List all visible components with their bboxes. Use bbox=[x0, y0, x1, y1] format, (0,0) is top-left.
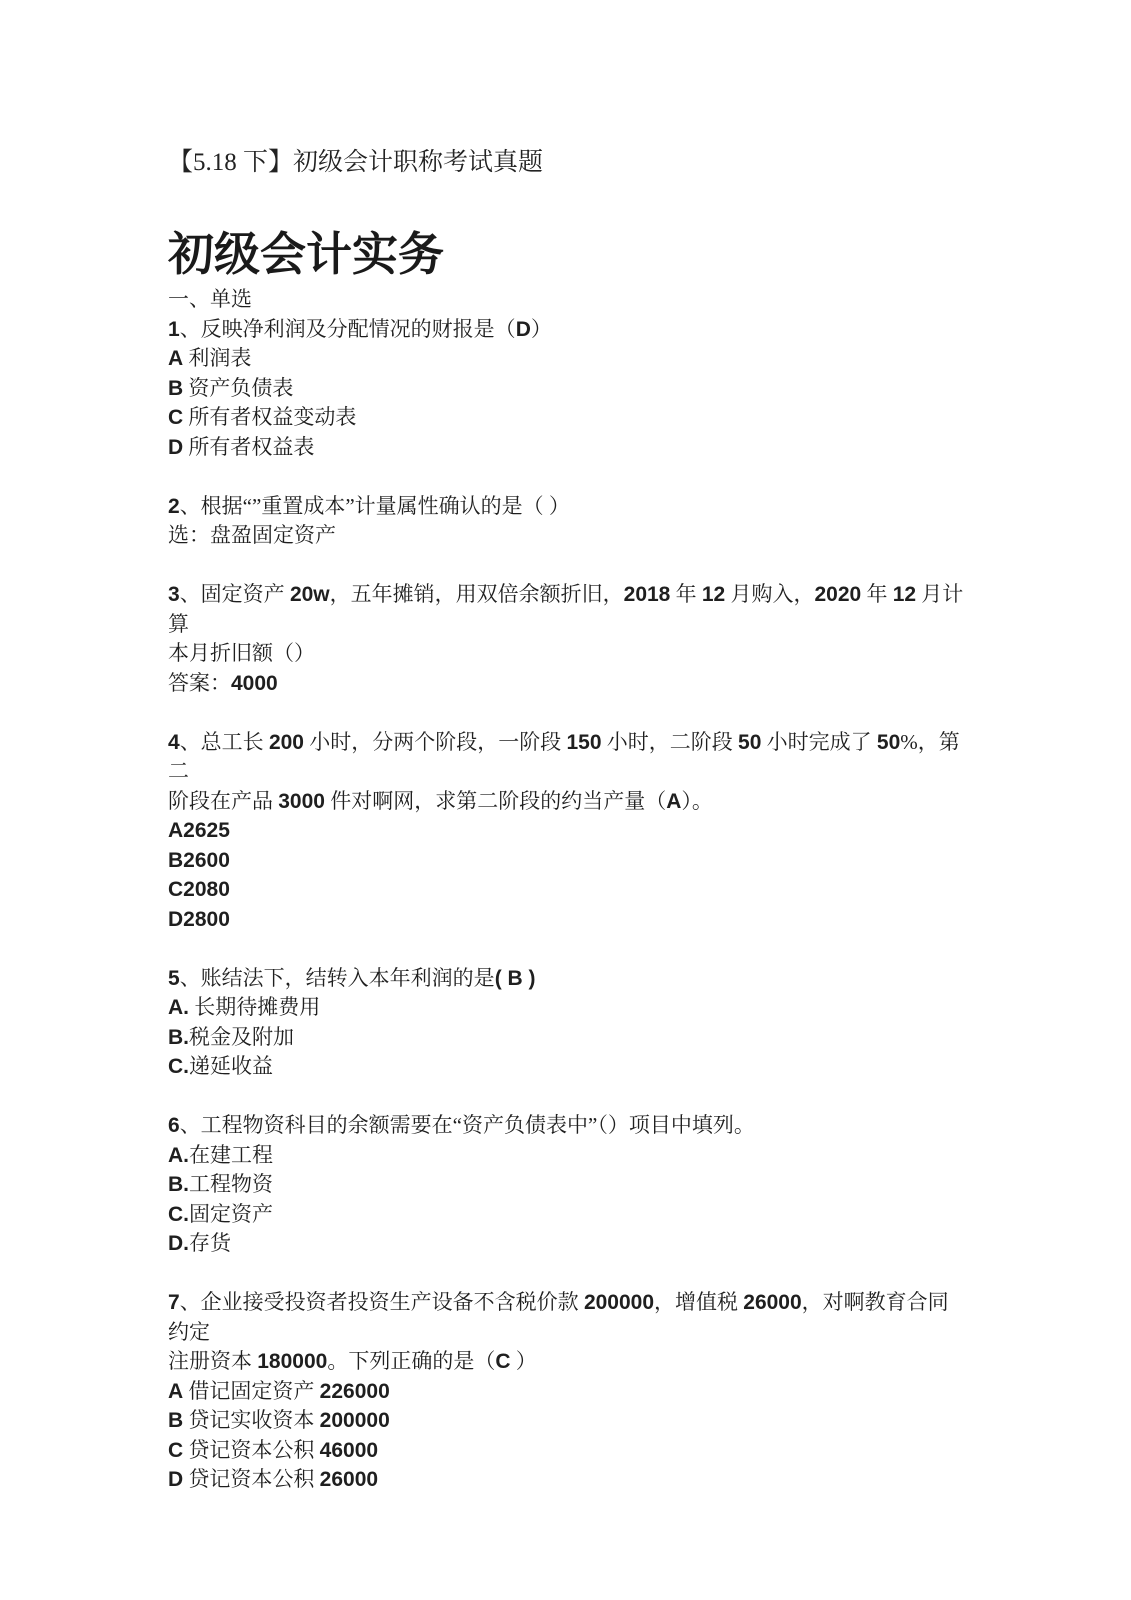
bold-text-segment: D bbox=[168, 436, 183, 459]
bold-text-segment: C bbox=[168, 406, 183, 429]
question-3: 3、固定资产 20w，五年摊销，用双倍余额折旧，2018 年 12 月购入，20… bbox=[168, 580, 968, 698]
question-6-option-c: C.固定资产 bbox=[168, 1200, 968, 1230]
bold-text-segment: D2800 bbox=[168, 908, 230, 931]
text-segment: 工程物资 bbox=[189, 1172, 273, 1196]
bold-text-segment: 12 bbox=[702, 583, 725, 606]
text-segment: 阶段在产品 bbox=[168, 789, 278, 813]
text-segment: 小时完成了 bbox=[761, 730, 877, 754]
bold-text-segment: 4 bbox=[168, 731, 180, 754]
text-segment: ） bbox=[531, 317, 552, 341]
bold-text-segment: 20w bbox=[290, 583, 330, 606]
question-7-option-d: D 贷记资本公积 26000 bbox=[168, 1465, 968, 1495]
question-7-option-a: A 借记固定资产 226000 bbox=[168, 1377, 968, 1407]
text-segment: 年 bbox=[861, 582, 893, 606]
question-7-option-b: B 贷记实收资本 200000 bbox=[168, 1406, 968, 1436]
question-2-stem: 2、根据“”重置成本”计量属性确认的是（ ） bbox=[168, 492, 968, 522]
text-segment: 贷记资本公积 bbox=[183, 1438, 320, 1462]
text-segment: 小时，分两个阶段，一阶段 bbox=[304, 730, 567, 754]
bold-text-segment: 200000 bbox=[584, 1291, 654, 1314]
document-header: 【5.18 下】初级会计职称考试真题 bbox=[168, 146, 968, 179]
question-1-option-c: C 所有者权益变动表 bbox=[168, 403, 968, 433]
bold-text-segment: 1 bbox=[168, 318, 180, 341]
bold-text-segment: 2020 bbox=[814, 583, 861, 606]
question-5-option-a: A. 长期待摊费用 bbox=[168, 993, 968, 1023]
bold-text-segment: 3000 bbox=[278, 790, 325, 813]
question-1-option-d: D 所有者权益表 bbox=[168, 433, 968, 463]
text-segment: 贷记实收资本 bbox=[183, 1408, 320, 1432]
question-1-stem: 1、反映净利润及分配情况的财报是（D） bbox=[168, 315, 968, 345]
text-segment: 小时，二阶段 bbox=[602, 730, 739, 754]
question-3-answer: 答案：4000 bbox=[168, 669, 968, 699]
document-content: 【5.18 下】初级会计职称考试真题 初级会计实务 一、单选 1、反映净利润及分… bbox=[168, 0, 968, 1495]
text-segment: 本月折旧额（） bbox=[168, 641, 315, 665]
bold-text-segment: C. bbox=[168, 1055, 189, 1078]
section-label: 一、单选 bbox=[168, 285, 968, 315]
question-7: 7、企业接受投资者投资生产设备不含税价款 200000，增值税 26000，对啊… bbox=[168, 1288, 968, 1495]
bold-text-segment: C2080 bbox=[168, 878, 230, 901]
question-2: 2、根据“”重置成本”计量属性确认的是（ ） 选：盘盈固定资产 bbox=[168, 492, 968, 551]
text-segment: 贷记资本公积 bbox=[183, 1467, 320, 1491]
text-segment: ）。 bbox=[681, 789, 713, 813]
bold-text-segment: 3 bbox=[168, 583, 180, 606]
text-segment: 选：盘盈固定资产 bbox=[168, 523, 336, 547]
bold-text-segment: B bbox=[168, 1409, 183, 1432]
bold-text-segment: C bbox=[168, 1439, 183, 1462]
bold-text-segment: A bbox=[168, 1380, 183, 1403]
bold-text-segment: 26000 bbox=[320, 1468, 378, 1491]
question-1-option-b: B 资产负债表 bbox=[168, 374, 968, 404]
bold-text-segment: 4000 bbox=[231, 672, 278, 695]
text-segment: 。下列正确的是（ bbox=[327, 1349, 495, 1373]
bold-text-segment: D bbox=[516, 318, 531, 341]
question-6-option-b: B.工程物资 bbox=[168, 1170, 968, 1200]
text-segment: 利润表 bbox=[183, 346, 251, 370]
question-7-stem-line-1: 7、企业接受投资者投资生产设备不含税价款 200000，增值税 26000，对啊… bbox=[168, 1288, 968, 1347]
bold-text-segment: 7 bbox=[168, 1291, 180, 1314]
question-4-option-b: B2600 bbox=[168, 846, 968, 876]
bold-text-segment: A2625 bbox=[168, 819, 230, 842]
text-segment: 所有者权益表 bbox=[183, 435, 314, 459]
bold-text-segment: B2600 bbox=[168, 849, 230, 872]
question-6: 6、工程物资科目的余额需要在“资产负债表中”（）项目中填列。 A.在建工程 B.… bbox=[168, 1111, 968, 1259]
bold-text-segment: A. bbox=[168, 996, 189, 1019]
bold-text-segment: D bbox=[168, 1468, 183, 1491]
text-segment: 件对啊网，求第二阶段的约当产量（ bbox=[325, 789, 666, 813]
text-segment: 、工程物资科目的余额需要在“资产负债表中”（）项目中填列。 bbox=[180, 1113, 755, 1137]
bold-text-segment: 50 bbox=[877, 731, 900, 754]
text-segment: 月购入， bbox=[725, 582, 814, 606]
question-6-option-d: D.存货 bbox=[168, 1229, 968, 1259]
text-segment: ，五年摊销，用双倍余额折旧， bbox=[330, 582, 624, 606]
bold-text-segment: 26000 bbox=[743, 1291, 801, 1314]
bold-text-segment: 2018 bbox=[624, 583, 671, 606]
text-segment: 、根据“”重置成本”计量属性确认的是（ ） bbox=[180, 494, 570, 518]
text-segment: 、反映净利润及分配情况的财报是（ bbox=[180, 317, 516, 341]
question-4-stem-line-2: 阶段在产品 3000 件对啊网，求第二阶段的约当产量（A）。 bbox=[168, 787, 968, 817]
bold-text-segment: B. bbox=[168, 1026, 189, 1049]
bold-text-segment: 6 bbox=[168, 1114, 180, 1137]
question-5-option-b: B.税金及附加 bbox=[168, 1023, 968, 1053]
text-segment: 固定资产 bbox=[189, 1202, 273, 1226]
text-segment: ，增值税 bbox=[654, 1290, 743, 1314]
document-page: 【5.18 下】初级会计职称考试真题 初级会计实务 一、单选 1、反映净利润及分… bbox=[0, 0, 1131, 1600]
text-segment: 税金及附加 bbox=[189, 1025, 294, 1049]
bold-text-segment: B bbox=[168, 377, 183, 400]
bold-text-segment: 2 bbox=[168, 495, 180, 518]
text-segment: 借记固定资产 bbox=[183, 1379, 320, 1403]
question-4-option-a: A2625 bbox=[168, 816, 968, 846]
bold-text-segment: A bbox=[666, 790, 681, 813]
text-segment: 注册资本 bbox=[168, 1349, 257, 1373]
bold-text-segment: 180000 bbox=[257, 1350, 327, 1373]
question-4: 4、总工长 200 小时，分两个阶段，一阶段 150 小时，二阶段 50 小时完… bbox=[168, 728, 968, 935]
bold-text-segment: 226000 bbox=[320, 1380, 390, 1403]
text-segment: 答案： bbox=[168, 671, 231, 695]
text-segment: 所有者权益变动表 bbox=[183, 405, 356, 429]
question-1: 1、反映净利润及分配情况的财报是（D） A 利润表 B 资产负债表 C 所有者权… bbox=[168, 315, 968, 463]
bold-text-segment: ( B ) bbox=[495, 967, 536, 990]
question-2-answer: 选：盘盈固定资产 bbox=[168, 521, 968, 551]
bold-text-segment: 46000 bbox=[320, 1439, 378, 1462]
bold-text-segment: C. bbox=[168, 1203, 189, 1226]
bold-text-segment: 200 bbox=[269, 731, 304, 754]
question-5: 5、账结法下，结转入本年利润的是( B ) A. 长期待摊费用 B.税金及附加 … bbox=[168, 964, 968, 1082]
bold-text-segment: 50 bbox=[738, 731, 761, 754]
bold-text-segment: A bbox=[168, 347, 183, 370]
text-segment: 年 bbox=[670, 582, 702, 606]
question-7-stem-line-2: 注册资本 180000。下列正确的是（C ） bbox=[168, 1347, 968, 1377]
bold-text-segment: 5 bbox=[168, 967, 180, 990]
text-segment: 、总工长 bbox=[180, 730, 269, 754]
bold-text-segment: 200000 bbox=[320, 1409, 390, 1432]
question-4-stem-line-1: 4、总工长 200 小时，分两个阶段，一阶段 150 小时，二阶段 50 小时完… bbox=[168, 728, 968, 787]
bold-text-segment: D. bbox=[168, 1232, 189, 1255]
bold-text-segment: A. bbox=[168, 1144, 189, 1167]
question-4-option-d: D2800 bbox=[168, 905, 968, 935]
question-4-option-c: C2080 bbox=[168, 875, 968, 905]
question-5-stem: 5、账结法下，结转入本年利润的是( B ) bbox=[168, 964, 968, 994]
text-segment: 、固定资产 bbox=[180, 582, 290, 606]
question-6-option-a: A.在建工程 bbox=[168, 1141, 968, 1171]
question-6-stem: 6、工程物资科目的余额需要在“资产负债表中”（）项目中填列。 bbox=[168, 1111, 968, 1141]
text-segment: 、企业接受投资者投资生产设备不含税价款 bbox=[180, 1290, 584, 1314]
text-segment: 资产负债表 bbox=[183, 376, 293, 400]
question-3-stem-line-1: 3、固定资产 20w，五年摊销，用双倍余额折旧，2018 年 12 月购入，20… bbox=[168, 580, 968, 639]
bold-text-segment: B. bbox=[168, 1173, 189, 1196]
question-3-stem-line-2: 本月折旧额（） bbox=[168, 639, 968, 669]
text-segment: 在建工程 bbox=[189, 1143, 273, 1167]
text-segment: 递延收益 bbox=[189, 1054, 273, 1078]
question-1-option-a: A 利润表 bbox=[168, 344, 968, 374]
text-segment: 、账结法下，结转入本年利润的是 bbox=[180, 966, 495, 990]
page-title: 初级会计实务 bbox=[168, 225, 968, 285]
question-5-option-c: C.递延收益 bbox=[168, 1052, 968, 1082]
bold-text-segment: 150 bbox=[566, 731, 601, 754]
text-segment: 长期待摊费用 bbox=[189, 995, 320, 1019]
bold-text-segment: C bbox=[495, 1350, 510, 1373]
text-segment: 存货 bbox=[189, 1231, 231, 1255]
text-segment: ） bbox=[511, 1349, 537, 1373]
bold-text-segment: 12 bbox=[893, 583, 916, 606]
question-7-option-c: C 贷记资本公积 46000 bbox=[168, 1436, 968, 1466]
